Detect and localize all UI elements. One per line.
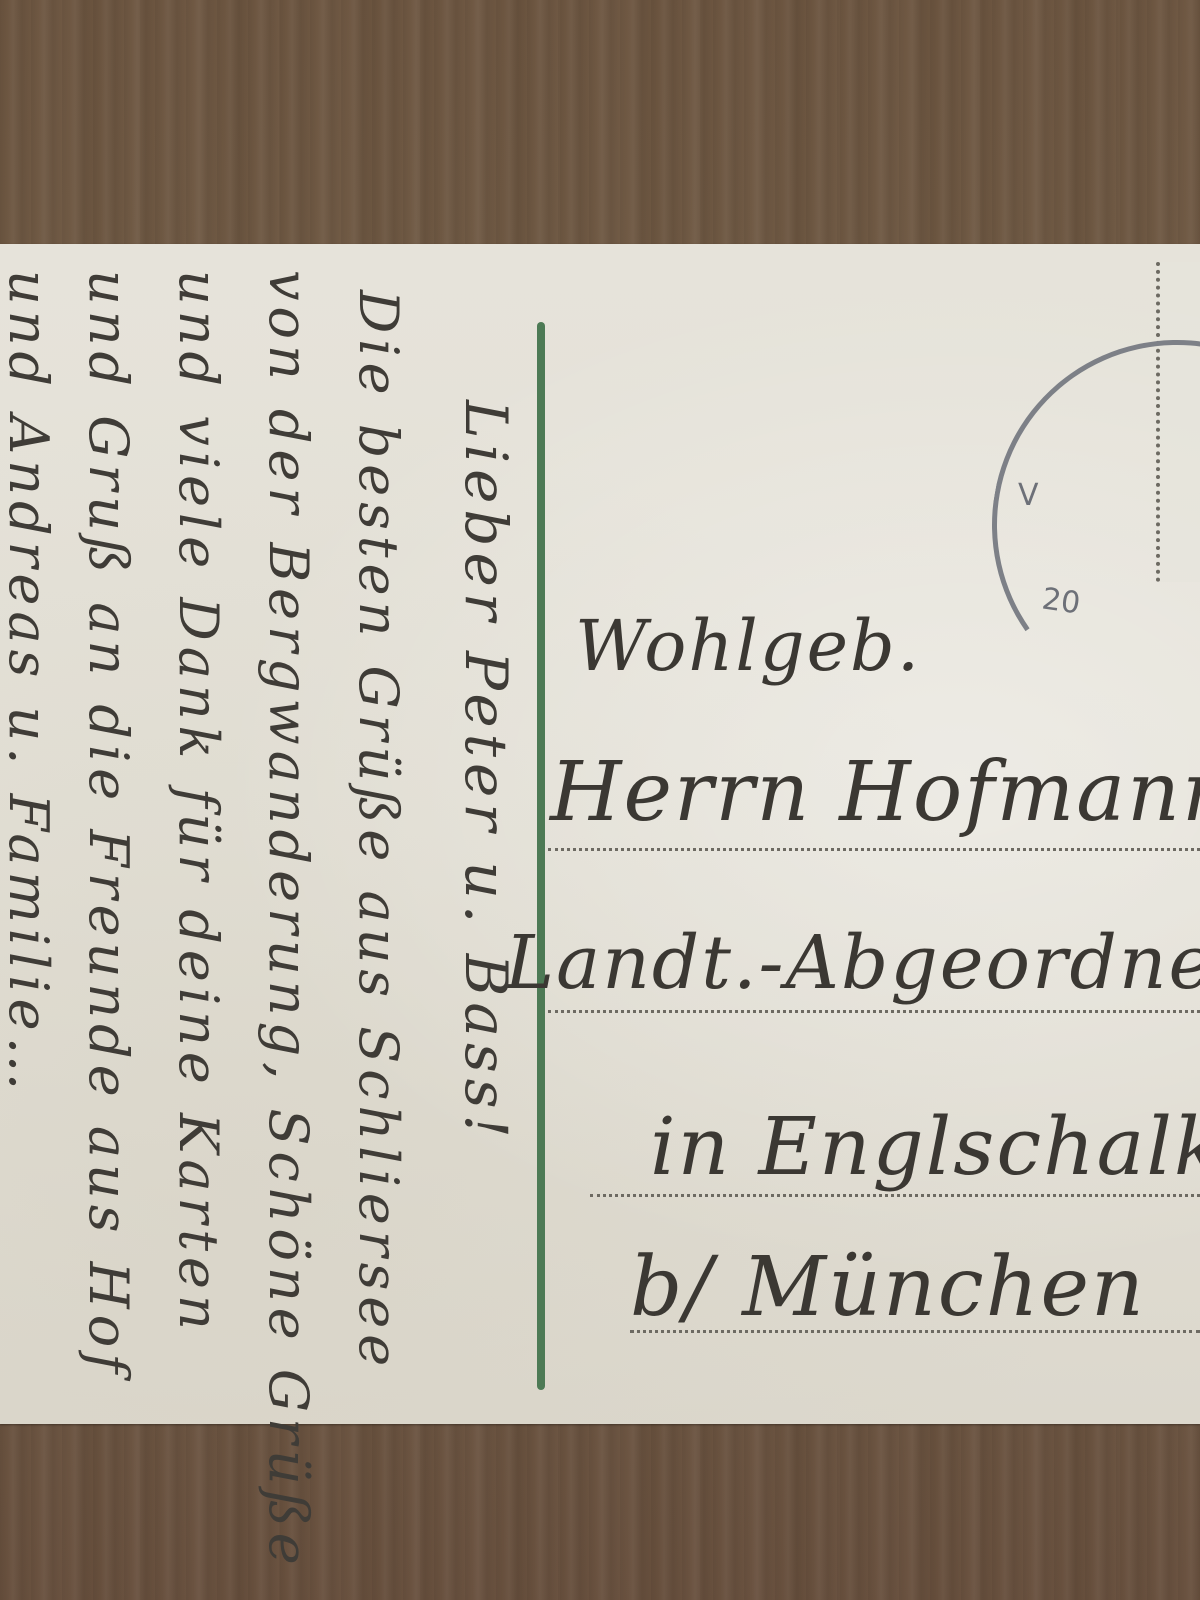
address-title: Landt.-Abgeordneten — [505, 920, 1200, 1006]
center-divider — [537, 322, 545, 1390]
address-salutation: Wohlgeb. — [575, 605, 921, 687]
address-line-3 — [590, 1194, 1200, 1197]
message-line-5: und Andreas u. Familie… — [0, 270, 60, 1097]
address-line-1 — [548, 848, 1200, 851]
address-city: b/ München — [630, 1240, 1146, 1335]
message-line-3: und viele Dank für deine Karten — [167, 270, 230, 1336]
message-line-1: Die besten Grüße aus Schliersee — [347, 290, 410, 1372]
message-heading: Lieber Peter u. Bass! — [452, 400, 520, 1144]
address-town: in Englschalking — [650, 1100, 1200, 1193]
address-line-2 — [548, 1010, 1200, 1013]
message-line-2: von der Bergwanderung, Schöne Grüße — [257, 270, 320, 1571]
message-line-4: und Gruß an die Freunde aus Hof — [77, 270, 140, 1379]
postmark-date: 20 — [1040, 582, 1083, 622]
address-recipient: Herrn Hofmann — [550, 745, 1200, 840]
postmark-fragment-v: V — [1018, 478, 1039, 513]
